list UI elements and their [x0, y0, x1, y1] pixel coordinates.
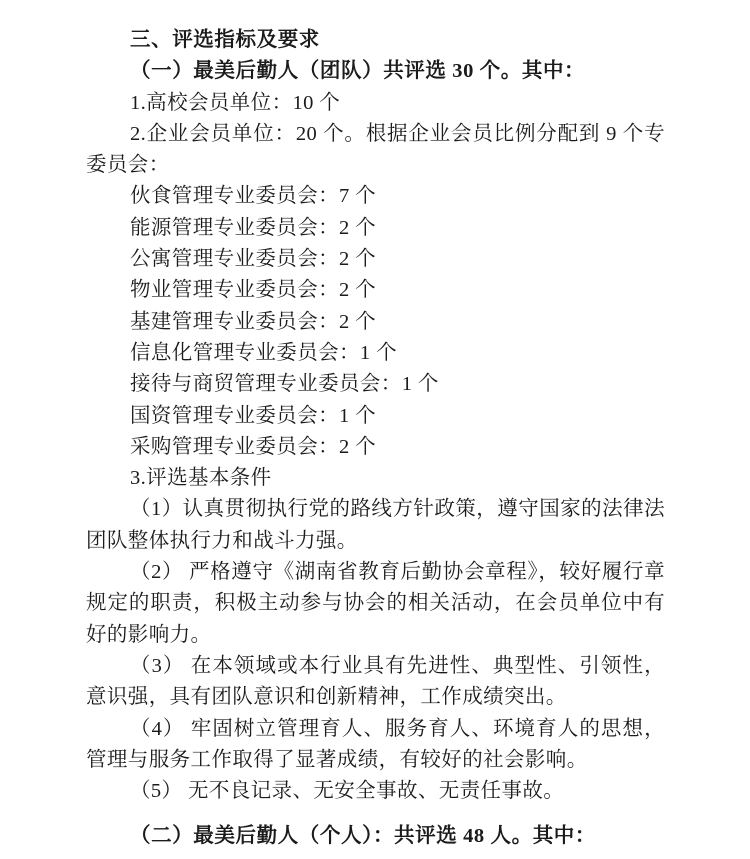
subsection-heading-2: （二）最美后勤人（个人）：共评选 48 人。其中： — [86, 821, 665, 852]
text-line: 规定的职责，积极主动参与协会的相关活动，在会员单位中有较 — [86, 588, 665, 619]
text-line: 2.企业会员单位：20 个。根据企业会员比例分配到 9 个专业 — [86, 119, 665, 150]
list-item: 采购管理专业委员会：2 个 — [86, 432, 665, 463]
text-line: 1.高校会员单位：10 个 — [86, 88, 665, 119]
list-item: 能源管理专业委员会：2 个 — [86, 213, 665, 244]
list-item: 基建管理专业委员会：2 个 — [86, 307, 665, 338]
text-line: （4） 牢固树立管理育人、服务育人、环境育人的思想，后勤 — [86, 714, 665, 745]
list-item: 物业管理专业委员会：2 个 — [86, 275, 665, 306]
text-line: 委员会： — [86, 150, 665, 181]
text-line: 团队整体执行力和战斗力强。 — [86, 526, 665, 557]
text-line: 管理与服务工作取得了显著成绩，有较好的社会影响。 — [86, 745, 665, 776]
document-page: 三、评选指标及要求 （一）最美后勤人（团队）共评选 30 个。其中： 1.高校会… — [0, 0, 750, 853]
list-item: 接待与商贸管理专业委员会：1 个 — [86, 369, 665, 400]
text-line: （3） 在本领域或本行业具有先进性、典型性、引领性，服务 — [86, 651, 665, 682]
text-line: 3.评选基本条件 — [86, 463, 665, 494]
text-line: （1）认真贯彻执行党的路线方针政策，遵守国家的法律法规， — [86, 494, 665, 525]
section-heading: 三、评选指标及要求 — [86, 25, 665, 56]
text-line: 意识强，具有团队意识和创新精神，工作成绩突出。 — [86, 682, 665, 713]
list-item: 伙食管理专业委员会：7 个 — [86, 181, 665, 212]
text-line: 好的影响力。 — [86, 620, 665, 651]
text-line: （2） 严格遵守《湖南省教育后勤协会章程》，较好履行章程 — [86, 557, 665, 588]
subsection-heading-1: （一）最美后勤人（团队）共评选 30 个。其中： — [86, 56, 665, 87]
list-item: 信息化管理专业委员会：1 个 — [86, 338, 665, 369]
list-item: 公寓管理专业委员会：2 个 — [86, 244, 665, 275]
text-line: （5） 无不良记录、无安全事故、无责任事故。 — [86, 776, 665, 807]
list-item: 国资管理专业委员会：1 个 — [86, 401, 665, 432]
